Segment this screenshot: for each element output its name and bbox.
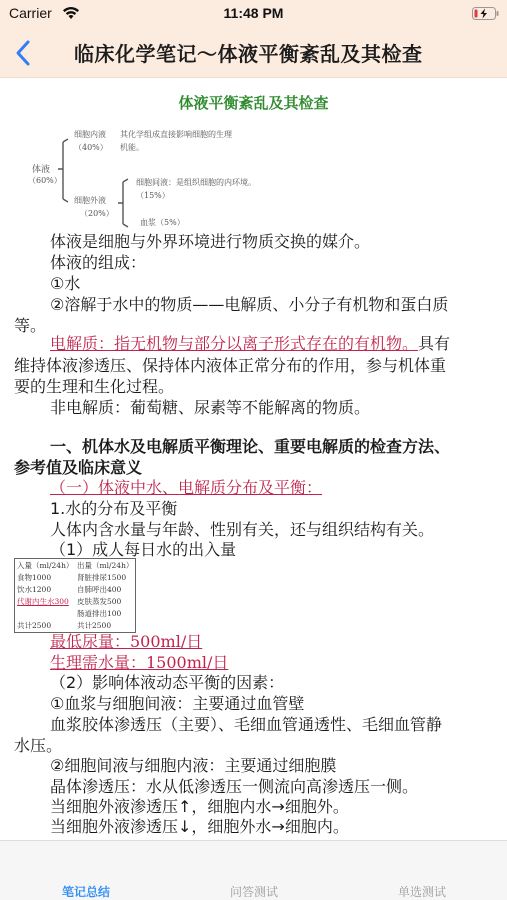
diagram-plasma: 血浆（5%） (140, 217, 185, 228)
paragraph: 当细胞外液渗透压↓，细胞外水→细胞内。 (14, 816, 494, 837)
tab-qa-test[interactable]: 问答测试 (204, 883, 304, 900)
table-row: 肠道排出100 (17, 608, 135, 620)
paragraph: 血浆胶体渗透压（主要）、毛细血管通透性、毛细血管静 (14, 714, 494, 735)
paragraph: ①血浆与细胞间液：主要通过血管壁 (14, 693, 494, 714)
navigation-bar: 临床化学笔记～体液平衡紊乱及其检查 (0, 28, 507, 78)
paragraph: （2）影响体液动态平衡的因素： (14, 672, 494, 693)
diagram-root: 体液 (32, 162, 50, 175)
diagram-intracellular-note: 其化学组成直接影响细胞的生理 (120, 129, 232, 140)
tab-single-choice-test[interactable]: 单选测试 (372, 883, 472, 900)
diagram-extracellular-pct: （20%） (80, 208, 114, 219)
top-header: Carrier 11:48 PM 临床化学笔记～体液平衡紊乱及其检查 (0, 0, 507, 78)
body-fluid-diagram: 体液 （60%） 细胞内液 （40%） 其化学组成直接影响细胞的生理 机能。 细… (0, 119, 300, 231)
note-content-scroll[interactable]: 体液平衡紊乱及其检查 体液 （60%） 细胞内液 （40%） 其化学组成直接影响… (0, 79, 507, 840)
paragraph: 体液的组成： (14, 252, 494, 273)
paragraph: 非电解质：葡萄糖、尿素等不能解离的物质。 (14, 397, 494, 418)
section-heading: 一、机体水及电解质平衡理论、重要电解质的检查方法、 (14, 436, 494, 457)
table-row: 食物1000 肾脏排尿1500 (17, 572, 135, 584)
section-heading-cont: 参考值及临床意义 (14, 457, 494, 478)
diagram-intracellular: 细胞内液 (74, 129, 106, 140)
paragraph: 要的生理和生化过程。 (14, 376, 494, 397)
nav-title: 临床化学笔记～体液平衡紊乱及其检查 (74, 38, 423, 67)
paragraph: 1.水的分布及平衡 (14, 498, 494, 519)
paragraph: 维持体液渗透压、保持体内液体正常分布的作用，参与机体重 (14, 355, 494, 376)
water-need-line: 生理需水量：1500ml/日 (14, 652, 494, 673)
document-title: 体液平衡紊乱及其检查 (0, 92, 507, 113)
paragraph: 人体内含水量与年龄、性别有关，还与组织结构有关。 (14, 519, 494, 540)
table-row: 入量（ml/24h） 出量（ml/24h） (17, 560, 135, 572)
paragraph: （1）成人每日水的出入量 (14, 539, 494, 560)
paragraph: 当细胞外液渗透压↑，细胞内水→细胞外。 (14, 796, 494, 817)
paragraph: ②细胞间液与细胞内液：主要通过细胞膜 (14, 755, 494, 776)
paragraph: ①水 (14, 273, 494, 294)
tab-bar: 笔记总结 问答测试 单选测试 (0, 840, 507, 900)
battery-charging-icon (472, 7, 500, 20)
diagram-extracellular: 细胞外液 (74, 195, 106, 206)
min-urine-line: 最低尿量：500ml/日 (14, 631, 494, 652)
back-chevron-icon[interactable] (12, 38, 34, 68)
table-row: 代谢内生水300 皮肤蒸发500 (17, 596, 135, 608)
diagram-interstitial: 细胞间液：是组织细胞的内环境。 (136, 177, 256, 188)
diagram-intracellular-note-2: 机能。 (120, 142, 144, 153)
table-row: 饮水1200 自肺呼出400 (17, 584, 135, 596)
paragraph-tail: 具有 (418, 334, 450, 353)
paragraph: 体液是细胞与外界环境进行物质交换的媒介。 (14, 231, 494, 252)
highlight-electrolyte: 电解质：指无机物与部分以离子形式存在的有机物。 (50, 334, 418, 353)
diagram-intracellular-pct: （40%） (74, 142, 108, 153)
tab-notes-summary[interactable]: 笔记总结 (36, 883, 136, 900)
highlight-subsection: （一）体液中水、电解质分布及平衡： (50, 478, 322, 497)
subsection-heading: （一）体液中水、电解质分布及平衡： (14, 477, 494, 498)
status-time: 11:48 PM (0, 5, 507, 21)
paragraph: ②溶解于水中的物质——电解质、小分子有机物和蛋白质 (14, 294, 494, 315)
electrolyte-definition: 电解质：指无机物与部分以离子形式存在的有机物。具有 (14, 333, 494, 354)
diagram-interstitial-pct: （15%） (136, 190, 170, 201)
status-bar: Carrier 11:48 PM (0, 0, 507, 28)
paragraph: 晶体渗透压：水从低渗透压一侧流向高渗透压一侧。 (14, 776, 494, 797)
water-intake-output-table: 入量（ml/24h） 出量（ml/24h） 食物1000 肾脏排尿1500 饮水… (14, 558, 136, 633)
highlight-min-urine: 最低尿量：500ml/日 (50, 632, 202, 651)
highlight-water-need: 生理需水量：1500ml/日 (50, 653, 228, 672)
paragraph: 水压。 (14, 735, 494, 756)
diagram-root-pct: （60%） (28, 175, 62, 186)
